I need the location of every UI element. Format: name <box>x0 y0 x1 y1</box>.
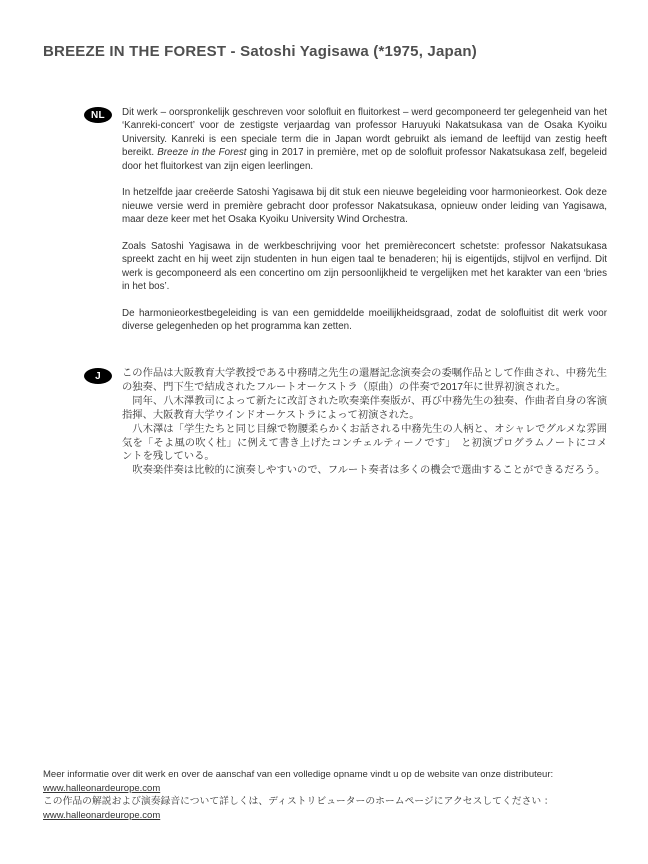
dutch-program-notes: Dit werk – oorspronkelijk geschreven voo… <box>122 106 607 334</box>
footer-info-nl: Meer informatie over dit werk en over de… <box>43 768 609 782</box>
page-title: BREEZE IN THE FOREST - Satoshi Yagisawa … <box>43 43 477 60</box>
nl-paragraph-4: De harmonieorkestbegeleiding is van een … <box>122 307 607 334</box>
section-japanese: J この作品は大阪教育大学教授である中務晴之先生の還暦記念演奏会の委嘱作品として… <box>84 367 607 478</box>
distributor-link-jp[interactable]: www.halleonardeurope.com <box>43 810 160 821</box>
jp-paragraph-4: 吹奏楽伴奏は比較的に演奏しやすいので、フルート奏者は多くの機会で選曲することがで… <box>122 464 607 478</box>
jp-paragraph-1: この作品は大阪教育大学教授である中務晴之先生の還暦記念演奏会の委嘱作品として作曲… <box>122 367 607 395</box>
jp-paragraph-2: 同年、八木澤教司によって新たに改訂された吹奏楽伴奏版が、再び中務先生の独奏、作曲… <box>122 395 607 423</box>
footer: Meer informatie over dit werk en over de… <box>43 768 609 822</box>
section-dutch: NL Dit werk – oorspronkelijk geschreven … <box>84 106 607 334</box>
jp-paragraph-3: 八木澤は「学生たちと同じ目線で物腰柔らかくお話される中務先生の人柄と、オシャレで… <box>122 423 607 465</box>
footer-link-row-jp: www.halleonardeurope.com <box>43 809 609 823</box>
distributor-link-nl[interactable]: www.halleonardeurope.com <box>43 783 160 794</box>
language-badge-j: J <box>84 368 112 384</box>
footer-link-row-nl: www.halleonardeurope.com <box>43 782 609 796</box>
nl-paragraph-1: Dit werk – oorspronkelijk geschreven voo… <box>122 106 607 173</box>
japanese-program-notes: この作品は大阪教育大学教授である中務晴之先生の還暦記念演奏会の委嘱作品として作曲… <box>122 367 607 478</box>
language-badge-nl: NL <box>84 107 112 123</box>
nl-paragraph-3: Zoals Satoshi Yagisawa in de werkbeschri… <box>122 240 607 294</box>
program-notes-page: BREEZE IN THE FOREST - Satoshi Yagisawa … <box>0 0 648 864</box>
nl-paragraph-2: In hetzelfde jaar creëerde Satoshi Yagis… <box>122 186 607 226</box>
footer-info-jp: この作品の解説および演奏録音について詳しくは、ディストリビューターのホームページ… <box>43 795 609 809</box>
